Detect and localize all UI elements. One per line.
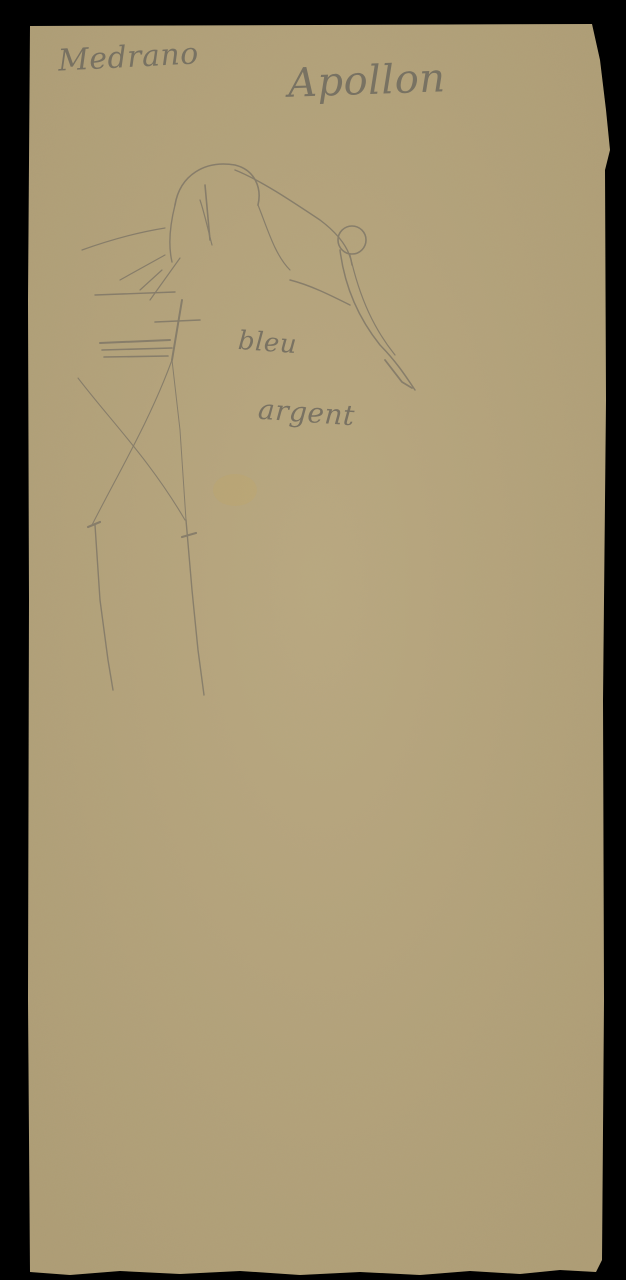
- scanned-sketch: Medrano Apollon bleu argent: [0, 0, 626, 1280]
- handwritten-note-argent: argent: [257, 393, 356, 433]
- paper-sheet: [0, 0, 626, 1280]
- handwritten-label-medrano: Medrano: [57, 36, 199, 78]
- handwritten-label-apollon: Apollon: [287, 55, 446, 106]
- handwritten-note-bleu: bleu: [237, 326, 298, 360]
